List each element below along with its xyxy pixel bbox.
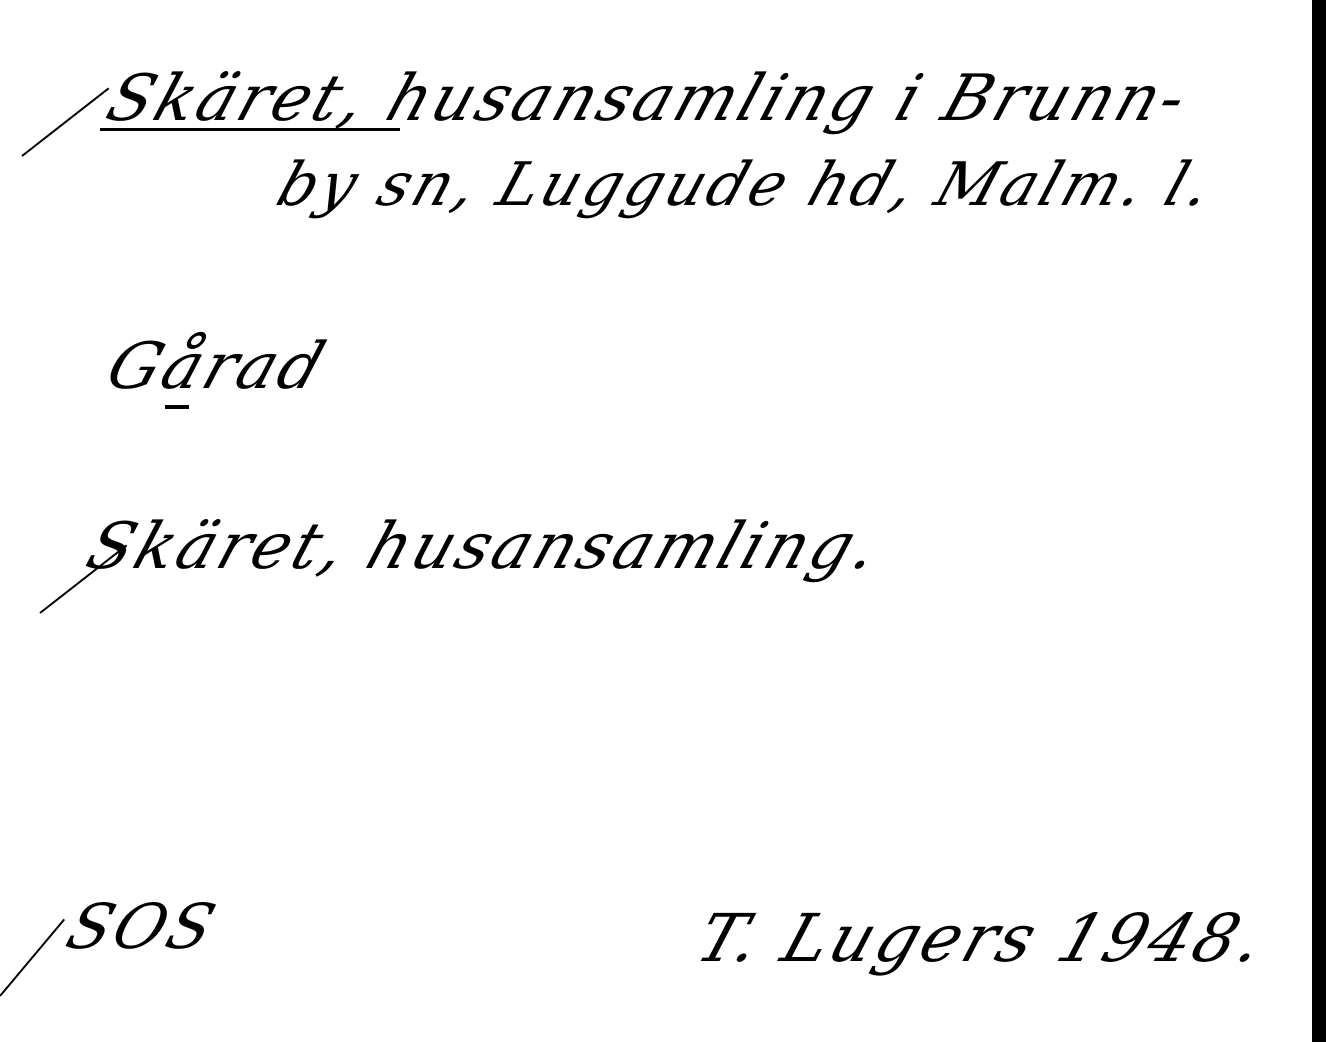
- date: T. Lugers 1948.: [687, 900, 1276, 977]
- scan-edge: [1308, 0, 1326, 1042]
- pen-stroke: [0, 919, 65, 997]
- heading-name: Skäret: [98, 62, 355, 136]
- pen-stroke: [21, 87, 109, 156]
- pronunciation-underline: [165, 405, 189, 409]
- line1-rest: , husansamling i Brunn-: [331, 62, 1198, 136]
- archive-card: Skäret, husansamling i Brunn- by sn, Lug…: [0, 0, 1308, 1042]
- initials: SOS: [58, 890, 227, 963]
- pronunciation: Gårad: [98, 330, 336, 404]
- heading-underline: [100, 128, 400, 131]
- card-line-4: Skäret, husansamling.: [78, 510, 891, 584]
- card-line-2: by sn, Luggude hd, Malm. l.: [269, 150, 1224, 220]
- card-line-1: Skäret, husansamling i Brunn-: [98, 62, 1198, 136]
